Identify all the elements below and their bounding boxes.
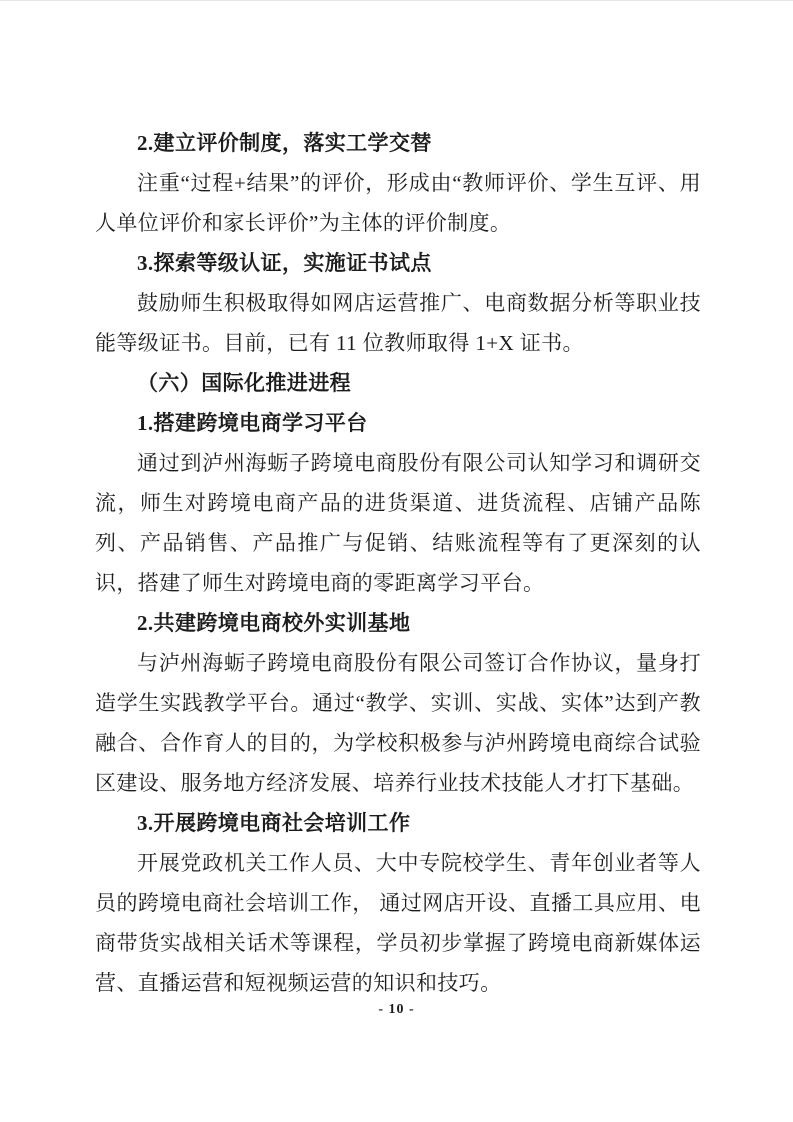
body-paragraph: 鼓励师生积极取得如网店运营推广、电商数据分析等职业技能等级证书。目前，已有 11… (95, 283, 701, 363)
body-paragraph: 通过到泸州海蛎子跨境电商股份有限公司认知学习和调研交流，师生对跨境电商产品的进货… (95, 443, 701, 603)
body-paragraph: 与泸州海蛎子跨境电商股份有限公司签订合作协议，量身打造学生实践教学平台。通过“教… (95, 643, 701, 803)
document-page: 2.建立评价制度，落实工学交替 注重“过程+结果”的评价，形成由“教师评价、学生… (0, 1, 793, 1122)
numbered-subheading: 3.探索等级认证，实施证书试点 (95, 243, 701, 283)
body-paragraph: 注重“过程+结果”的评价，形成由“教师评价、学生互评、用人单位评价和家长评价”为… (95, 163, 701, 243)
document-content: 2.建立评价制度，落实工学交替 注重“过程+结果”的评价，形成由“教师评价、学生… (95, 123, 701, 1003)
page-number: - 10 - (0, 1002, 793, 1018)
numbered-subheading: 2.共建跨境电商校外实训基地 (95, 603, 701, 643)
numbered-subheading: 3.开展跨境电商社会培训工作 (95, 803, 701, 843)
body-paragraph: 开展党政机关工作人员、大中专院校学生、青年创业者等人员的跨境电商社会培训工作， … (95, 843, 701, 1003)
section-heading: （六）国际化推进进程 (95, 363, 701, 403)
numbered-subheading: 1.搭建跨境电商学习平台 (95, 403, 701, 443)
numbered-subheading: 2.建立评价制度，落实工学交替 (95, 123, 701, 163)
